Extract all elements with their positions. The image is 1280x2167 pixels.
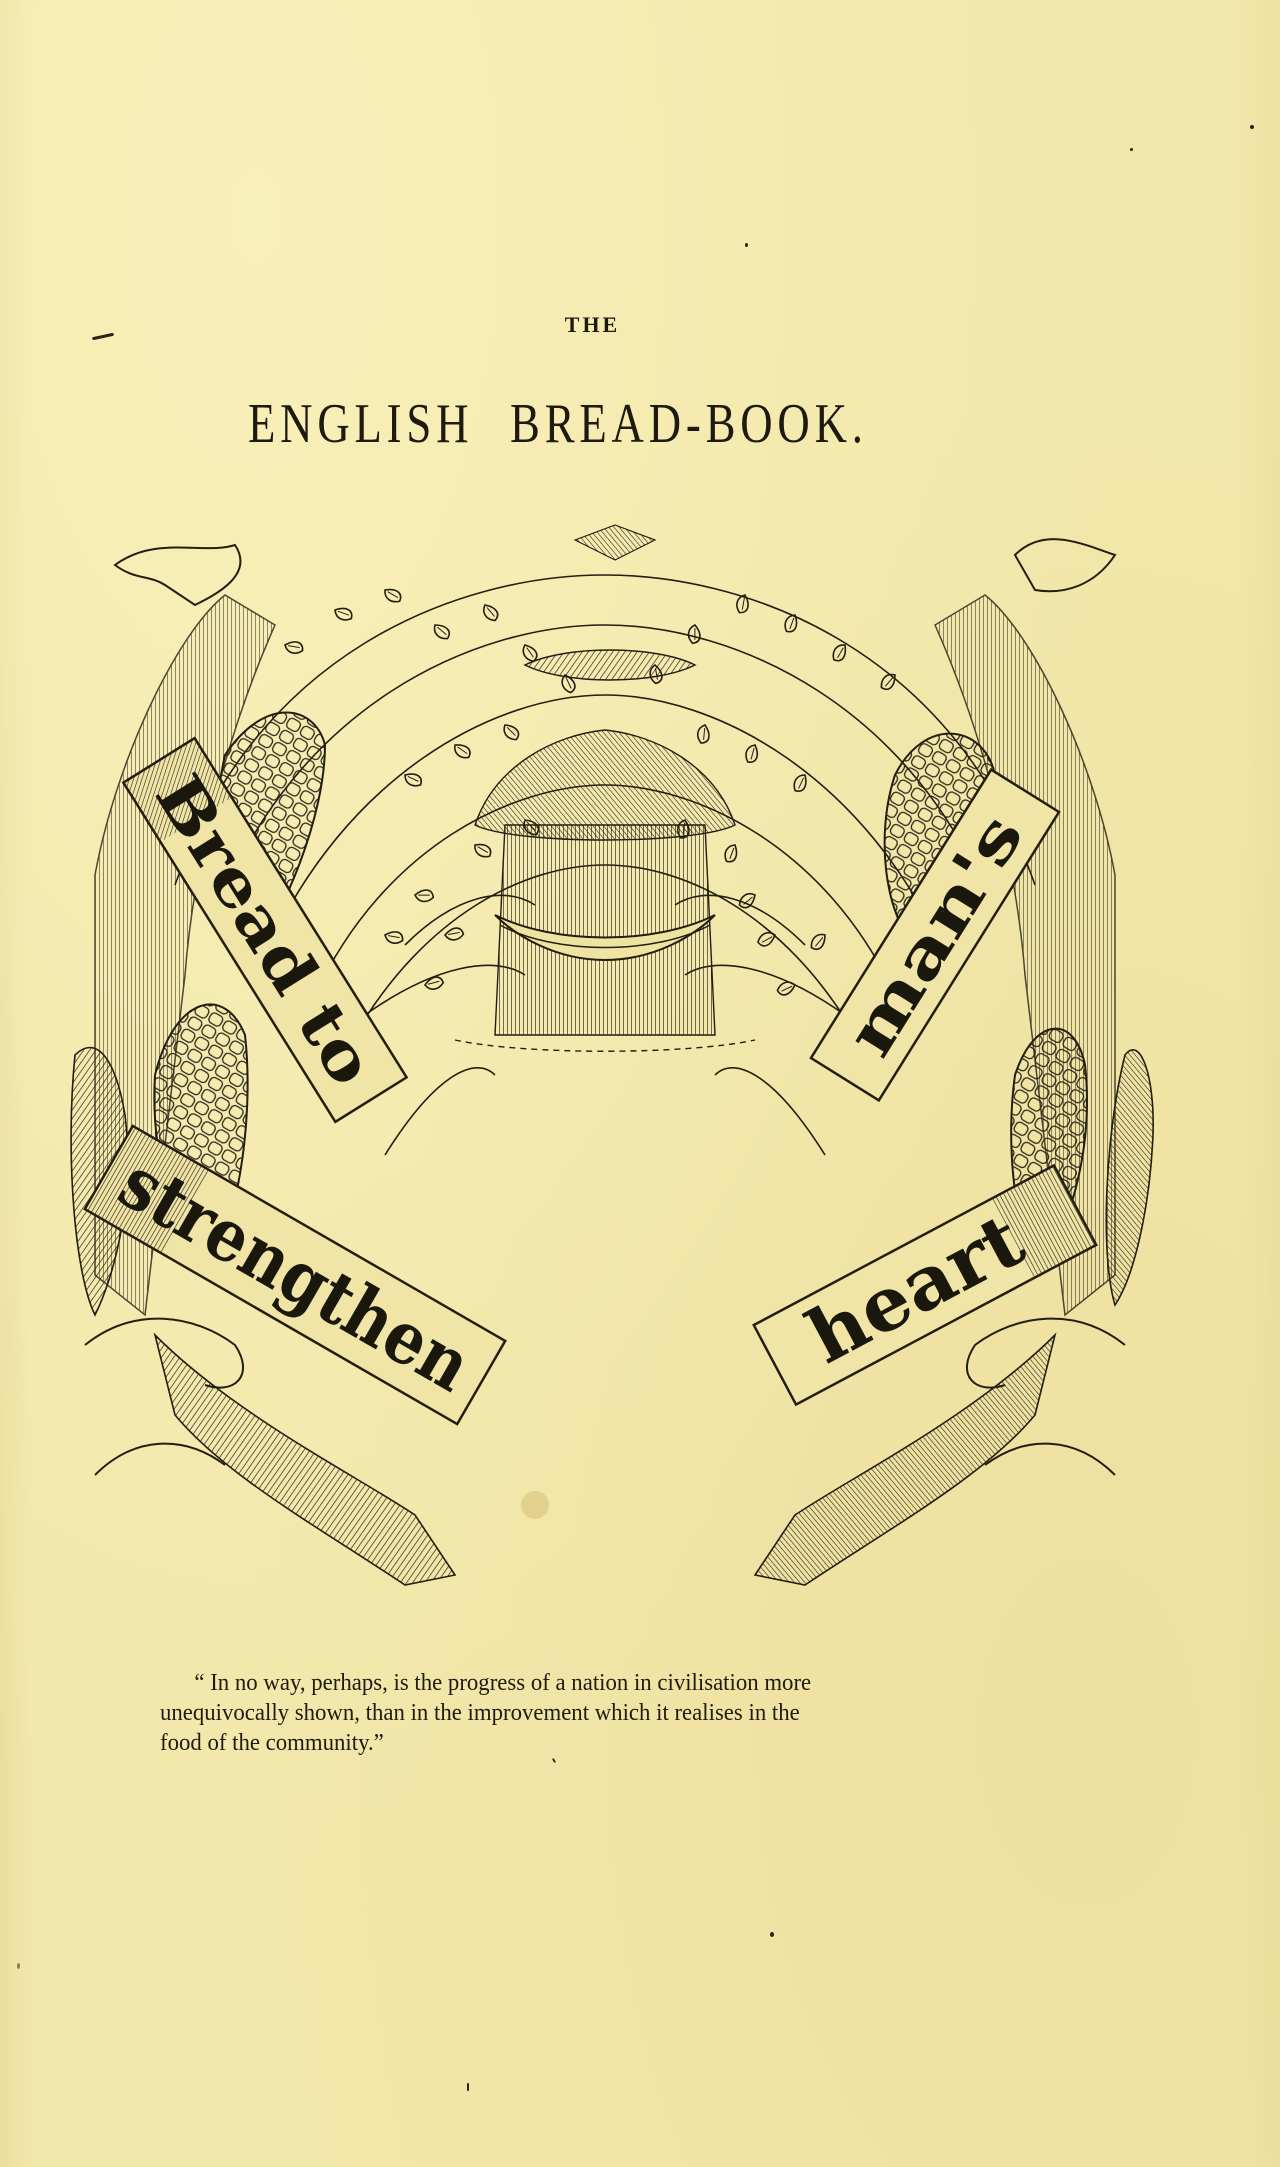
banner-text-heart: heart <box>794 1197 1037 1381</box>
ink-speck <box>17 1963 20 1969</box>
ink-speck <box>1250 125 1254 129</box>
frontispiece-illustration: Bread to man's strengthen heart <box>55 515 1155 1615</box>
ink-speck <box>1130 148 1133 151</box>
ink-speck <box>552 1758 556 1763</box>
ink-speck <box>745 243 748 247</box>
ink-speck <box>467 2083 469 2091</box>
title-word-bread-book: BREAD-BOOK. <box>510 393 868 455</box>
epigraph-line-3: food of the community.” <box>160 1728 978 1758</box>
title-word-english: ENGLISH <box>248 393 473 455</box>
book-title: ENGLISHBREAD-BOOK. <box>248 392 808 456</box>
wheat-wreath-engraving: Bread to man's strengthen heart <box>55 515 1155 1615</box>
ink-speck <box>770 1932 774 1937</box>
epigraph-line-1: “ In no way, perhaps, is the progress of… <box>160 1668 978 1698</box>
epigraph-quote: “ In no way, perhaps, is the progress of… <box>160 1668 978 1758</box>
foxing-stain <box>521 1491 549 1519</box>
epigraph-line-2: unequivocally shown, than in the improve… <box>160 1698 978 1728</box>
title-article: THE <box>0 312 1185 338</box>
